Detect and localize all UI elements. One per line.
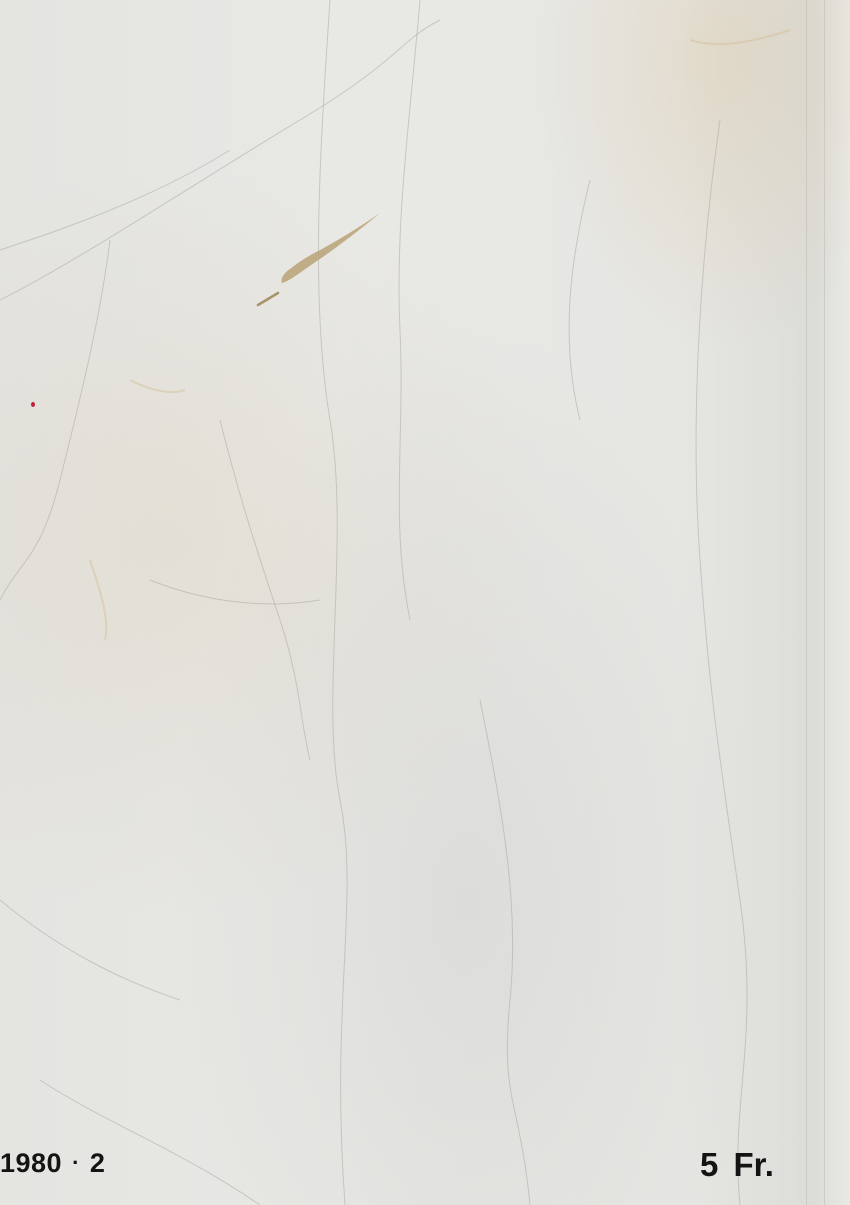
stain-mark (250, 205, 390, 315)
issue-year: 1980 (0, 1148, 62, 1178)
price-label: 5 Fr. (700, 1148, 774, 1181)
back-cover: 1980·2 5 Fr. (0, 0, 850, 1205)
red-speck (31, 402, 35, 407)
spine-fold-line (824, 0, 825, 1205)
paper-creases (0, 0, 850, 1205)
issue-number: 1980·2 (0, 1150, 105, 1177)
issue-count: 2 (90, 1148, 106, 1178)
issue-separator: · (72, 1152, 80, 1174)
spine-fold-line (806, 0, 807, 1205)
